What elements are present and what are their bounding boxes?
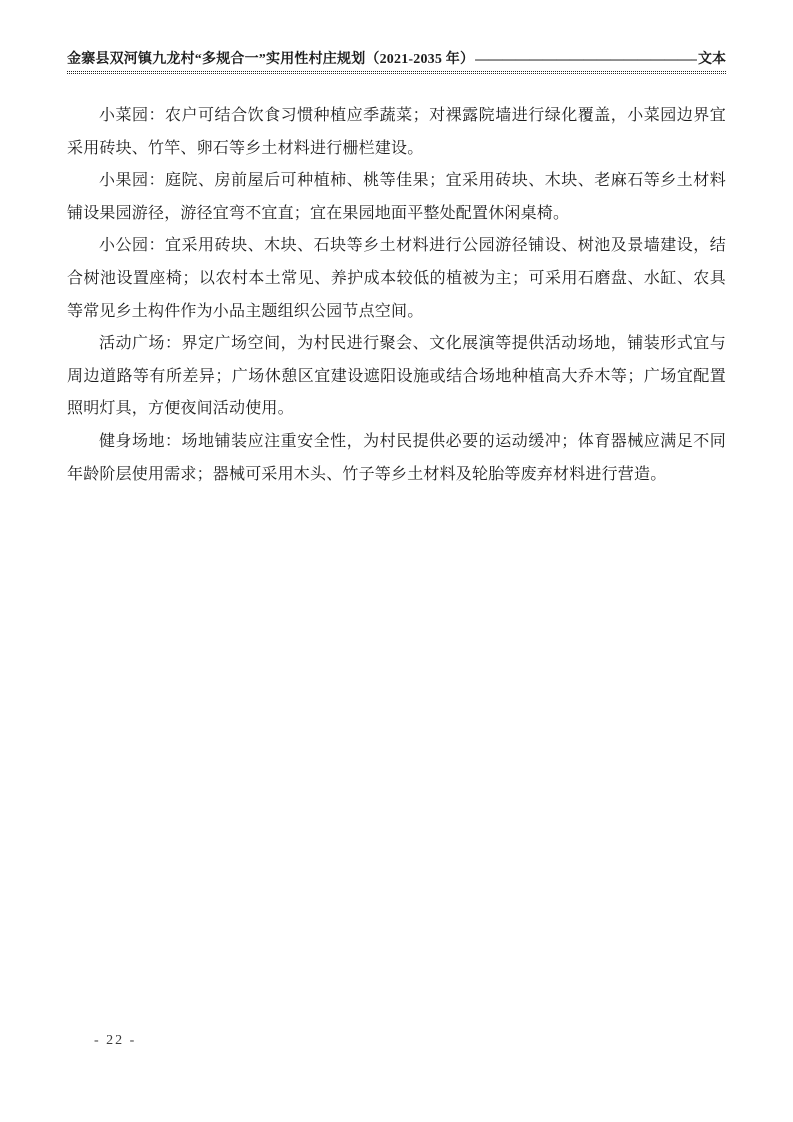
paragraph-fitness-ground: 健身场地：场地铺装应注重安全性，为村民提供必要的运动缓冲；体育器械应满足不同年龄… <box>67 426 726 491</box>
document-title: 金寨县双河镇九龙村“多规合一”实用性村庄规划（2021-2035 年） <box>67 51 474 69</box>
paragraph-vegetable-garden: 小菜园：农户可结合饮食习惯种植应季蔬菜；对裸露院墙进行绿化覆盖，小菜园边界宜采用… <box>67 100 726 165</box>
paragraph-small-park: 小公园：宜采用砖块、木块、石块等乡土材料进行公园游径铺设、树池及景墙建设，结合树… <box>67 230 726 328</box>
paragraph-orchard: 小果园：庭院、房前屋后可种植柿、桃等佳果；宜采用砖块、木块、老麻石等乡土材料铺设… <box>67 165 726 230</box>
header-divider-rule <box>67 71 726 74</box>
document-body: 小菜园：农户可结合饮食习惯种植应季蔬菜；对裸露院墙进行绿化覆盖，小菜园边界宜采用… <box>67 100 726 491</box>
paragraph-activity-square: 活动广场：界定广场空间，为村民进行聚会、文化展演等提供活动场地，铺装形式宜与周边… <box>67 328 726 426</box>
document-page: 金寨县双河镇九龙村“多规合一”实用性村庄规划（2021-2035 年） ————… <box>0 0 793 1122</box>
document-type-label: 文本 <box>698 51 726 69</box>
header-line: 金寨县双河镇九龙村“多规合一”实用性村庄规划（2021-2035 年） ————… <box>67 51 726 69</box>
page-header: 金寨县双河镇九龙村“多规合一”实用性村庄规划（2021-2035 年） ————… <box>67 51 726 74</box>
page-number: - 22 - <box>94 1033 136 1049</box>
header-dash-filler: —————————————————————————— <box>475 51 697 69</box>
